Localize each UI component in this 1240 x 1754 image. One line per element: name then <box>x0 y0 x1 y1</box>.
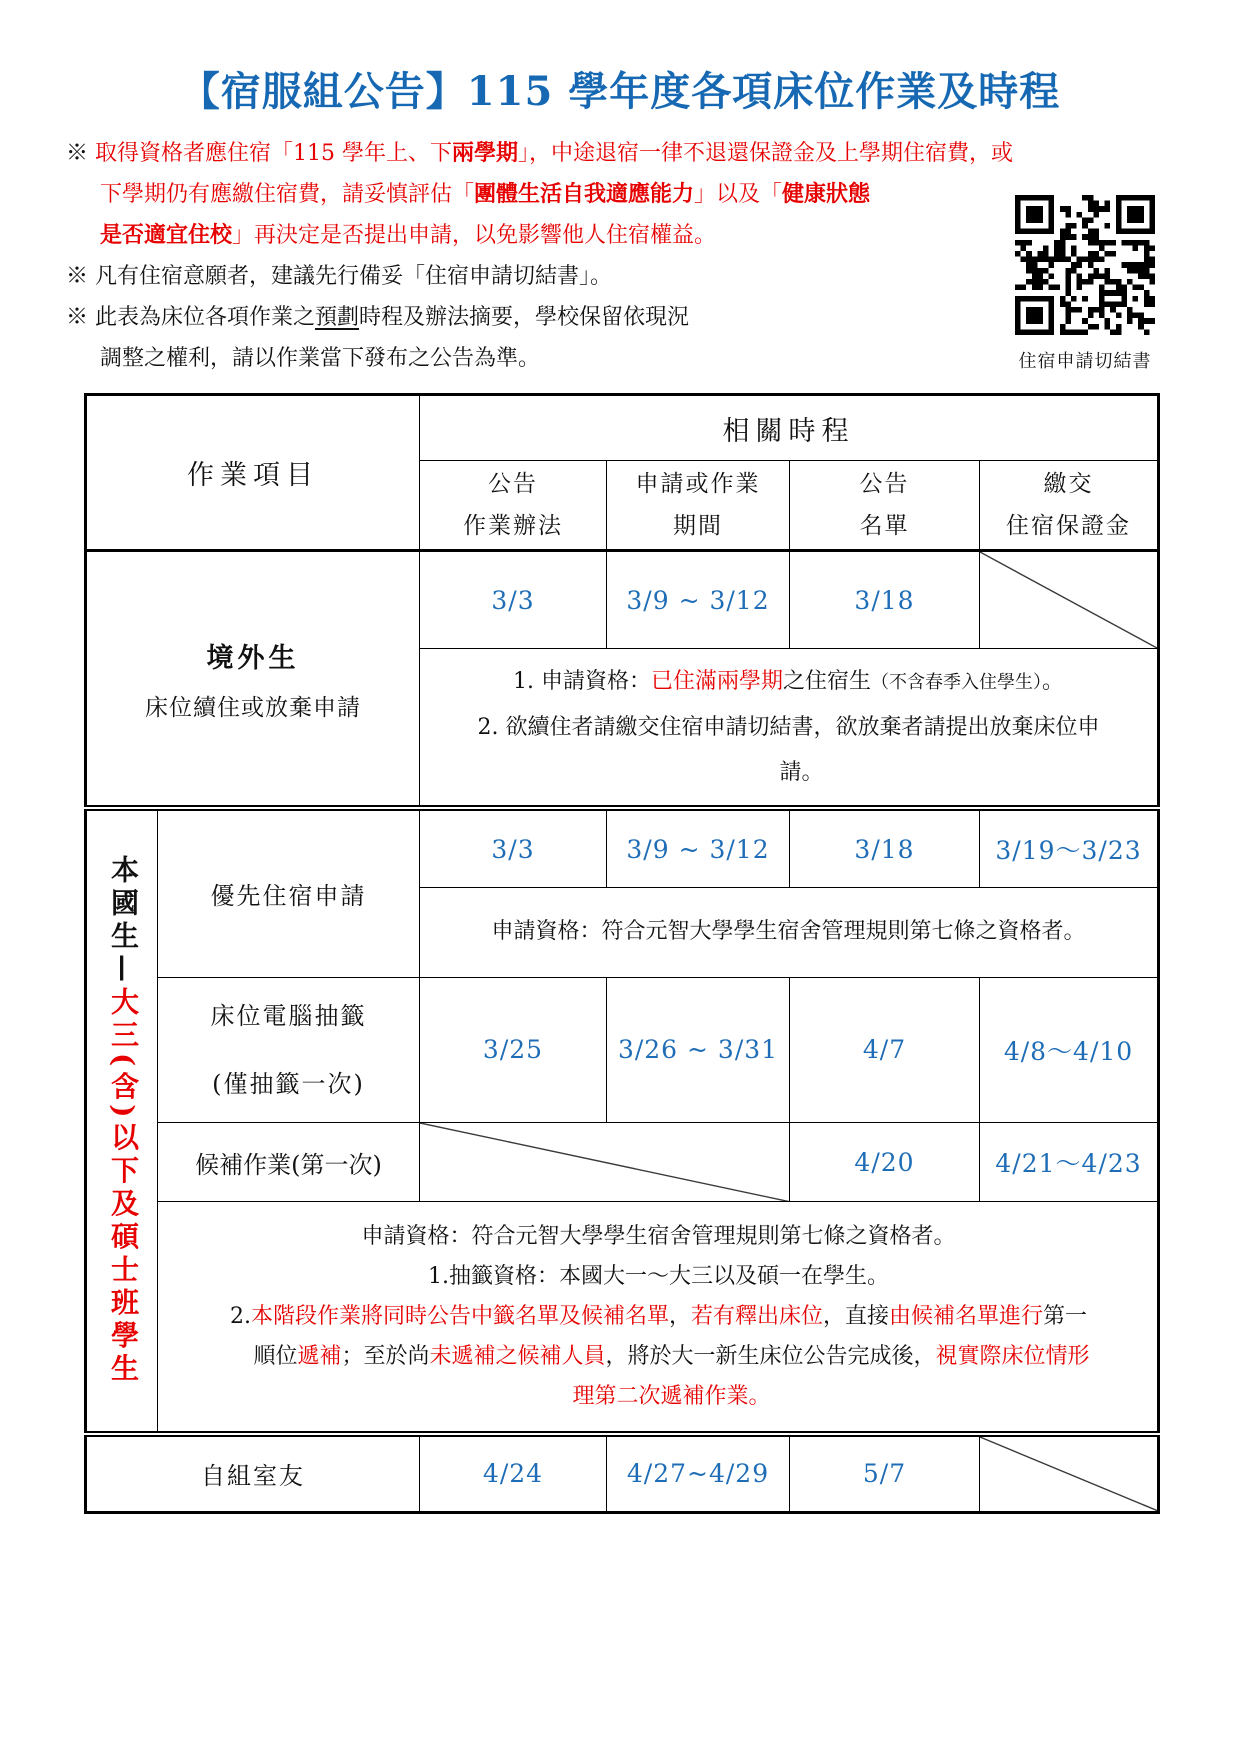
diagonal-slash <box>980 552 1157 648</box>
cell-lottery-deposit-period: 4/8～4/10 <box>980 977 1159 1122</box>
diagonal-slash <box>980 1437 1157 1511</box>
schedule-table: 作業項目 相關時程 公告 作業辦法 申請或作業 期間 公告 名單 繳交 住宿保證… <box>84 393 1160 1514</box>
lottery-label-line-1: 床位電腦抽籤 <box>158 999 419 1033</box>
notice-1-line-3: 是否適宜住校」再決定是否提出申請，以免影響他人住宿權益。 <box>66 215 1160 256</box>
priority-row-label: 優先住宿申請 <box>158 808 420 977</box>
header-related-schedule: 相關時程 <box>420 395 1159 461</box>
notice-3-line-2: 調整之權利，請以作業當下發布之公告為準。 <box>66 338 1160 379</box>
cell-selfgroup-apply-period: 4/27~4/29 <box>607 1434 790 1512</box>
header-operation-item: 作業項目 <box>86 395 420 551</box>
lottery-label-line-2: (僅抽籤一次) <box>158 1067 419 1101</box>
notice-3-line-1: ※ 此表為床位各項作業之預劃時程及辦法摘要，學校保留依現況 <box>66 297 1160 338</box>
notice-1-line-2: 下學期仍有應繳住宿費，請妥慎評估「團體生活自我適應能力」以及「健康狀態 <box>66 174 1160 215</box>
selfgroup-label: 自組室友 <box>87 1456 419 1491</box>
notice-1-line-1: ※ 取得資格者應住宿「115 學年上、下兩學期」，中途退宿一律不退還保證金及上學… <box>66 133 1160 174</box>
qr-code-image <box>1015 195 1155 335</box>
announcement-page: 【宿服組公告】115 學年度各項床位作業及時程 ※ 取得資格者應住宿「115 學… <box>0 0 1240 1754</box>
cell-guest-list-date: 3/18 <box>790 551 980 649</box>
guest-label: 境外生 <box>87 636 419 675</box>
lottery-label-gap <box>158 1033 419 1067</box>
waitlist-row-label: 候補作業(第一次) <box>158 1122 420 1202</box>
cell-guest-notes: 1. 申請資格：已住滿兩學期之住宿生（不含春季入住學生）。 2. 欲續住者請繳交… <box>420 649 1159 809</box>
domestic-note-line-4: 順位遞補；至於尚未遞補之候補人員，將於大一新生床位公告完成後，視實際床位情形 <box>172 1337 1145 1377</box>
guest-row-label: 境外生 床位續住或放棄申請 <box>86 551 420 809</box>
cell-priority-deposit-period: 3/19～3/23 <box>980 808 1159 888</box>
header-announce-list: 公告 名單 <box>790 461 980 551</box>
cell-priority-announce-date: 3/3 <box>420 808 607 888</box>
cell-domestic-notes: 申請資格：符合元智大學學生宿舍管理規則第七條之資格者。 1.抽籤資格：本國大一～… <box>158 1202 1159 1434</box>
qr-code: 住宿申請切結書 <box>1010 195 1160 382</box>
selfgroup-row-label: 自組室友 <box>86 1434 420 1512</box>
guest-note-line-2: 2. 欲續住者請繳交住宿申請切結書，欲放棄者請提出放棄床位申 <box>434 705 1143 750</box>
notice-2-line-1: ※ 凡有住宿意願者，建議先行備妥「住宿申請切結書」。 <box>66 256 1160 297</box>
cell-guest-apply-period: 3/9 ~ 3/12 <box>607 551 790 649</box>
cell-selfgroup-list-date: 5/7 <box>790 1434 980 1512</box>
waitlist-label: 候補作業(第一次) <box>158 1145 419 1180</box>
cell-priority-note: 申請資格：符合元智大學學生宿舍管理規則第七條之資格者。 <box>420 888 1159 978</box>
cell-guest-announce-date: 3/3 <box>420 551 607 649</box>
guest-note-line-1: 1. 申請資格：已住滿兩學期之住宿生（不含春季入住學生）。 <box>434 659 1143 705</box>
domestic-note-line-2: 1.抽籤資格：本國大一～大三以及碩一在學生。 <box>172 1257 1145 1297</box>
cell-lottery-apply-period: 3/26 ~ 3/31 <box>607 977 790 1122</box>
header-announce-method: 公告 作業辦法 <box>420 461 607 551</box>
cell-lottery-announce-date: 3/25 <box>420 977 607 1122</box>
domestic-vertical-label: 本國生—大三(含)以下及碩士班學生 <box>86 808 158 1434</box>
domestic-note-line-3: 2.本階段作業將同時公告中籤名單及候補名單，若有釋出床位，直接由候補名單進行第一 <box>172 1297 1145 1337</box>
cell-selfgroup-announce-date: 4/24 <box>420 1434 607 1512</box>
cell-guest-deposit-na <box>980 551 1159 649</box>
guest-note-line-3: 請。 <box>434 750 1143 795</box>
cell-waitlist-deposit-period: 4/21～4/23 <box>980 1122 1159 1202</box>
notices-section: ※ 取得資格者應住宿「115 學年上、下兩學期」，中途退宿一律不退還保證金及上學… <box>66 133 1160 379</box>
domestic-note-line-1: 申請資格：符合元智大學學生宿舍管理規則第七條之資格者。 <box>172 1217 1145 1257</box>
lottery-row-label: 床位電腦抽籤 (僅抽籤一次) <box>158 977 420 1122</box>
priority-label: 優先住宿申請 <box>158 876 419 911</box>
cell-priority-list-date: 3/18 <box>790 808 980 888</box>
cell-priority-apply-period: 3/9 ~ 3/12 <box>607 808 790 888</box>
header-application-period: 申請或作業 期間 <box>607 461 790 551</box>
cell-lottery-list-date: 4/7 <box>790 977 980 1122</box>
cell-waitlist-list-date: 4/20 <box>790 1122 980 1202</box>
page-title: 【宿服組公告】115 學年度各項床位作業及時程 <box>0 60 1240 117</box>
domestic-vertical-text: 本國生—大三(含)以下及碩士班學生 <box>87 811 159 1431</box>
cell-selfgroup-deposit-na <box>980 1434 1159 1512</box>
diagonal-slash <box>420 1123 789 1202</box>
qr-caption: 住宿申請切結書 <box>1010 341 1160 382</box>
header-deposit-payment: 繳交 住宿保證金 <box>980 461 1159 551</box>
cell-waitlist-na <box>420 1122 790 1202</box>
guest-sublabel: 床位續住或放棄申請 <box>87 689 419 722</box>
domestic-note-line-5: 理第二次遞補作業。 <box>172 1377 1145 1417</box>
